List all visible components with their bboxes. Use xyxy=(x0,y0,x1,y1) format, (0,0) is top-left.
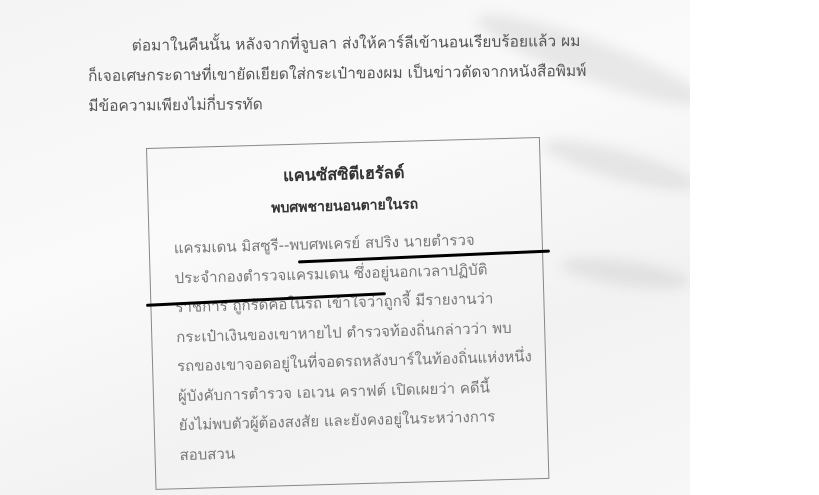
intro-line: มีข้อความเพียงไม่กี่บรรทัด xyxy=(88,85,688,121)
intro-paragraph: ต่อมาในคืนนั้น หลังจากที่จูบลา ส่งให้คาร… xyxy=(88,25,689,121)
scanned-page: ต่อมาในคืนนั้น หลังจากที่จูบลา ส่งให้คาร… xyxy=(0,0,690,495)
paper-shadow xyxy=(559,251,690,295)
clipping-headline: พบศพชายนอนตายในรถ xyxy=(148,190,540,223)
clipping-title: แคนซัสซิตีเฮรัลด์ xyxy=(148,156,541,193)
newspaper-clipping: แคนซัสซิตีเฮรัลด์ พบศพชายนอนตายในรถ แครม… xyxy=(146,137,549,490)
paper-shadow xyxy=(539,130,690,200)
clipping-body: แครมเดน มิสซูรี--พบศพเครย์ สปริง นายตำรว… xyxy=(173,224,549,470)
